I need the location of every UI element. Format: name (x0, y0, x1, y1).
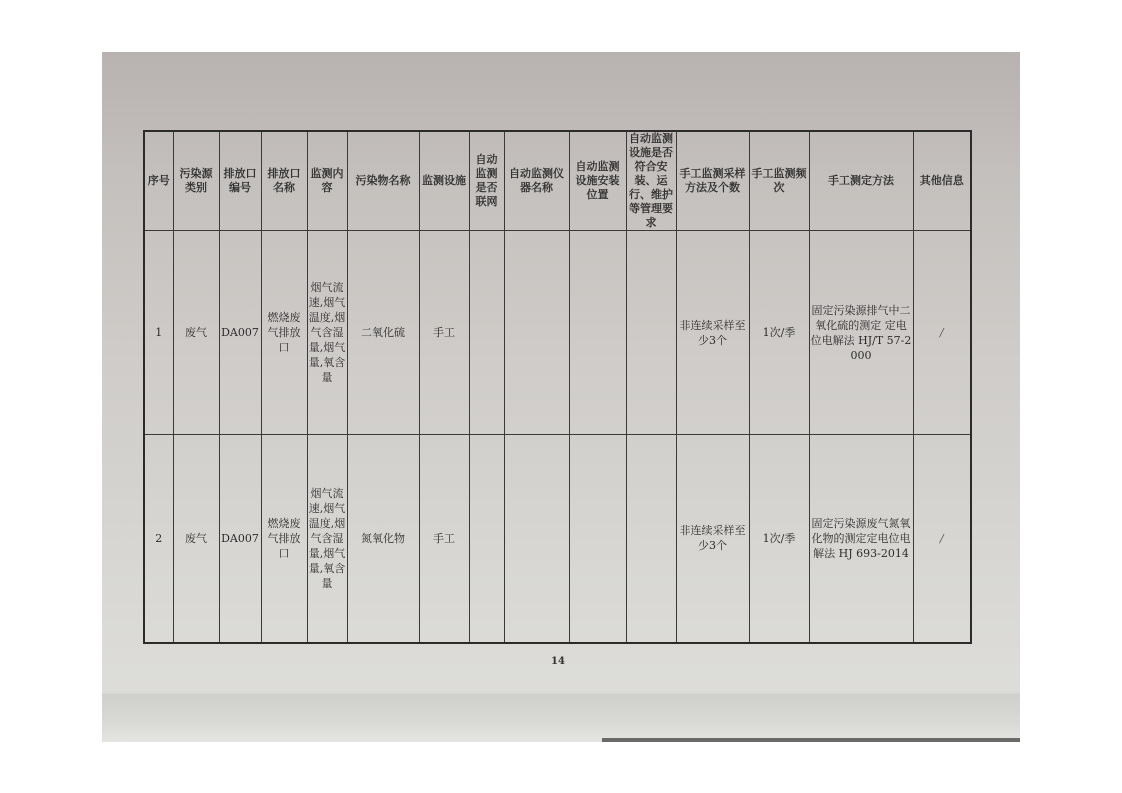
cell-other: / (913, 435, 971, 643)
cell-outlet-code: DA007 (219, 231, 261, 435)
cell-source-type: 废气 (173, 231, 219, 435)
cell-manual-method: 固定污染源排气中二氧化硫的测定 定电位电解法 HJ/T 57-2000 (809, 231, 913, 435)
cell-manual-sampling: 非连续采样至少3个 (676, 435, 749, 643)
header-cell: 手工测定方法 (809, 131, 913, 231)
header-cell: 排放口编号 (219, 131, 261, 231)
cell-manual-method: 固定污染源废气氮氧化物的测定定电位电解法 HJ 693-2014 (809, 435, 913, 643)
cell-pollutant: 氮氧化物 (347, 435, 419, 643)
cell-other: / (913, 231, 971, 435)
cell-manual-sampling: 非连续采样至少3个 (676, 231, 749, 435)
header-cell: 监测内容 (307, 131, 347, 231)
cell-auto-compliance (626, 231, 676, 435)
header-cell: 手工监测采样方法及个数 (676, 131, 749, 231)
header-cell: 序号 (144, 131, 173, 231)
header-cell: 自动监测设施安装位置 (569, 131, 626, 231)
cell-monitoring-content: 烟气流速,烟气温度,烟气含湿量,烟气量,氧含量 (307, 231, 347, 435)
cell-auto-compliance (626, 435, 676, 643)
table-row: 2 废气 DA007 燃烧废气排放口 烟气流速,烟气温度,烟气含湿量,烟气量,氧… (144, 435, 971, 643)
header-cell: 污染源类别 (173, 131, 219, 231)
header-cell: 手工监测频次 (749, 131, 809, 231)
cell-auto-instrument (504, 435, 569, 643)
cell-source-type: 废气 (173, 435, 219, 643)
header-cell: 排放口名称 (261, 131, 307, 231)
cell-manual-frequency: 1次/季 (749, 231, 809, 435)
cell-auto-location (569, 231, 626, 435)
cell-outlet-name: 燃烧废气排放口 (261, 435, 307, 643)
table-row: 1 废气 DA007 燃烧废气排放口 烟气流速,烟气温度,烟气含湿量,烟气量,氧… (144, 231, 971, 435)
cell-auto-location (569, 435, 626, 643)
header-cell: 自动监测是否联网 (469, 131, 504, 231)
cell-no: 2 (144, 435, 173, 643)
cell-facility: 手工 (419, 435, 469, 643)
cell-auto-instrument (504, 231, 569, 435)
cell-facility: 手工 (419, 231, 469, 435)
header-cell: 污染物名称 (347, 131, 419, 231)
cell-manual-frequency: 1次/季 (749, 435, 809, 643)
cell-auto-networked (469, 435, 504, 643)
cell-monitoring-content: 烟气流速,烟气温度,烟气含湿量,烟气量,氧含量 (307, 435, 347, 643)
cell-outlet-name: 燃烧废气排放口 (261, 231, 307, 435)
header-cell: 自动监测仪器名称 (504, 131, 569, 231)
cell-no: 1 (144, 231, 173, 435)
monitoring-table: 序号 污染源类别 排放口编号 排放口名称 监测内容 污染物名称 监测设施 自动监… (143, 130, 972, 644)
cell-auto-networked (469, 231, 504, 435)
header-cell: 监测设施 (419, 131, 469, 231)
page-number: 14 (551, 656, 565, 667)
cell-outlet-code: DA007 (219, 435, 261, 643)
header-cell: 其他信息 (913, 131, 971, 231)
cell-pollutant: 二氧化硫 (347, 231, 419, 435)
table-header-row: 序号 污染源类别 排放口编号 排放口名称 监测内容 污染物名称 监测设施 自动监… (144, 131, 971, 231)
header-cell: 自动监测设施是否符合安装、运行、维护等管理要求 (626, 131, 676, 231)
lower-page-area (102, 694, 1020, 742)
bottom-edge-strip (602, 738, 1020, 742)
